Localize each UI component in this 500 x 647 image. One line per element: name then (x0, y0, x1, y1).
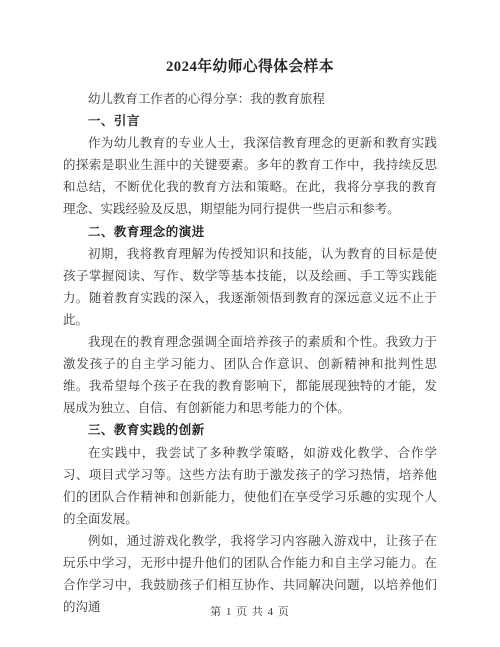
page-number-footer: 第 1 页 共 4 页 (0, 603, 500, 619)
document-subtitle: 幼儿教育工作者的心得分享：我的教育旅程 (63, 88, 437, 110)
paragraph: 作为幼儿教育的专业人士，我深信教育理念的更新和教育实践的探索是职业生涯中的关键要… (63, 132, 437, 220)
paragraph: 初期，我将教育理解为传授知识和技能，认为教育的目标是使孩子掌握阅读、写作、数学等… (63, 243, 437, 331)
paragraph: 我现在的教育理念强调全面培养孩子的素质和个性。我致力于激发孩子的自主学习能力、团… (63, 331, 437, 419)
document-title: 2024年幼师心得体会样本 (63, 57, 437, 77)
section-heading-concept-evolution: 二、教育理念的演进 (63, 221, 437, 243)
document-page: 2024年幼师心得体会样本 幼儿教育工作者的心得分享：我的教育旅程 一、引言 作… (0, 0, 500, 647)
paragraph: 在实践中，我尝试了多种教学策略，如游戏化教学、合作学习、项目式学习等。这些方法有… (63, 442, 437, 530)
section-heading-introduction: 一、引言 (63, 110, 437, 132)
section-heading-practice-innovation: 三、教育实践的创新 (63, 419, 437, 441)
